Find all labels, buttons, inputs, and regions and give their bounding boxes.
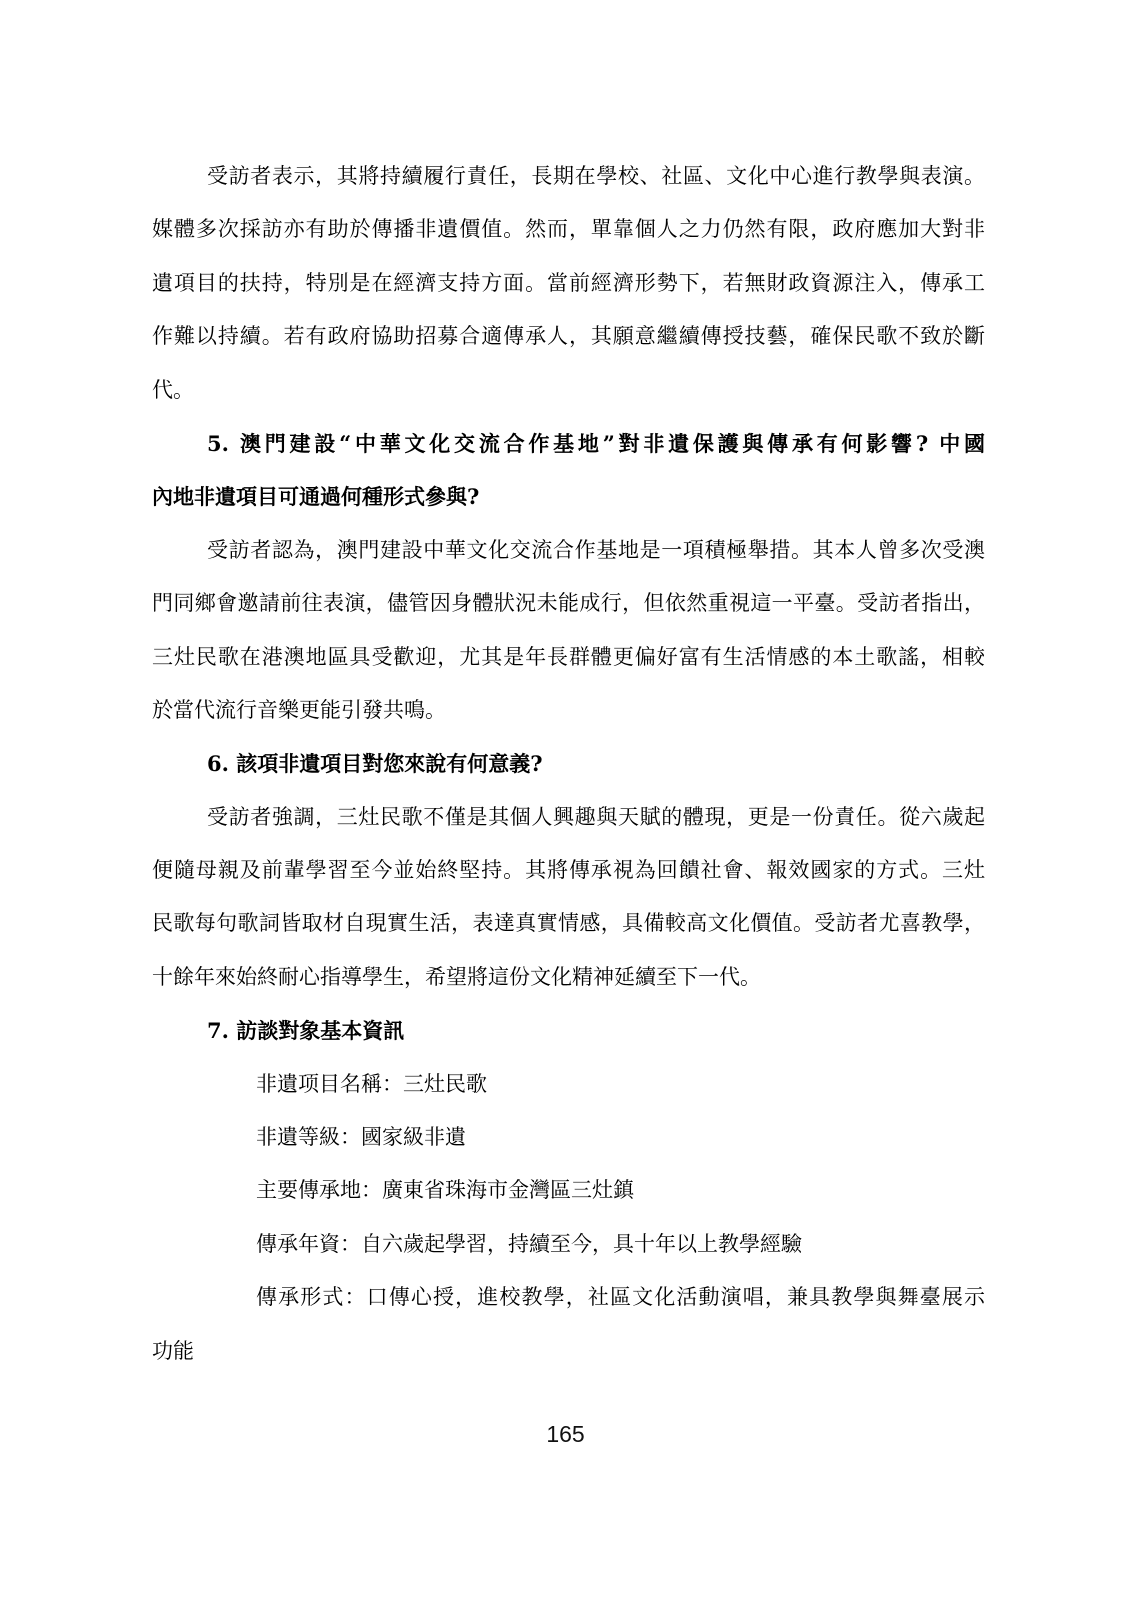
document-page: 受訪者表示，其將持續履行責任，長期在學校、社區、文化中心進行教學與表演。 媒體多… (0, 0, 1131, 1600)
answer-4-line: 媒體多次採訪亦有助於傳播非遺價值。然而，單靠個人之力仍然有限，政府應加大對非 (152, 203, 985, 256)
info-item-years: 傳承年資：自六歲起學習，持續至今，具十年以上教學經驗 (152, 1218, 985, 1271)
answer-4-line: 受訪者表示，其將持續履行責任，長期在學校、社區、文化中心進行教學與表演。 (152, 150, 985, 203)
info-item-form-wrap: 功能 (152, 1325, 985, 1378)
page-number: 165 (0, 1418, 1131, 1450)
answer-4-line: 遺項目的扶持，特別是在經濟支持方面。當前經濟形勢下，若無財政資源注入，傳承工 (152, 257, 985, 310)
answer-4-line: 作難以持續。若有政府協助招募合適傳承人，其願意繼續傳授技藝，確保民歌不致於斷 (152, 310, 985, 363)
info-item-main-region: 主要傳承地：廣東省珠海市金灣區三灶鎮 (152, 1164, 985, 1217)
answer-5-line: 於當代流行音樂更能引發共鳴。 (152, 684, 985, 737)
answer-5-line: 受訪者認為，澳門建設中華文化交流合作基地是一項積極舉措。其本人曾多次受澳 (152, 524, 985, 577)
answer-6-line: 民歌每句歌詞皆取材自現實生活，表達真實情感，具備較高文化價值。受訪者尤喜教學， (152, 897, 985, 950)
answer-6-line: 受訪者強調，三灶民歌不僅是其個人興趣與天賦的體現，更是一份責任。從六歲起 (152, 791, 985, 844)
answer-6-line: 便隨母親及前輩學習至今並始終堅持。其將傳承視為回饋社會、報效國家的方式。三灶 (152, 844, 985, 897)
question-5-heading-line: 5. 澳門建設“中華文化交流合作基地”對非遺保護與傳承有何影響? 中國 (152, 417, 985, 470)
answer-4-line: 代。 (152, 364, 985, 417)
info-item-heritage-level: 非遺等級：國家級非遺 (152, 1111, 985, 1164)
info-item-project-name: 非遺项目名稱：三灶民歌 (152, 1058, 985, 1111)
document-body: 受訪者表示，其將持續履行責任，長期在學校、社區、文化中心進行教學與表演。 媒體多… (152, 150, 985, 1378)
section-7-heading: 7. 訪談對象基本資訊 (152, 1004, 985, 1057)
info-item-form: 傳承形式：口傳心授，進校教學，社區文化活動演唱，兼具教學與舞臺展示 (152, 1271, 985, 1324)
answer-5-line: 門同鄉會邀請前往表演，儘管因身體狀況未能成行，但依然重視這一平臺。受訪者指出， (152, 577, 985, 630)
answer-6-line: 十餘年來始終耐心指導學生，希望將這份文化精神延續至下一代。 (152, 951, 985, 1004)
answer-5-line: 三灶民歌在港澳地區具受歡迎，尤其是年長群體更偏好富有生活情感的本土歌謠，相較 (152, 631, 985, 684)
question-6-heading: 6. 該項非遺項目對您來說有何意義? (152, 737, 985, 790)
question-5-heading-line: 內地非遺項目可通過何種形式參與? (152, 470, 985, 523)
